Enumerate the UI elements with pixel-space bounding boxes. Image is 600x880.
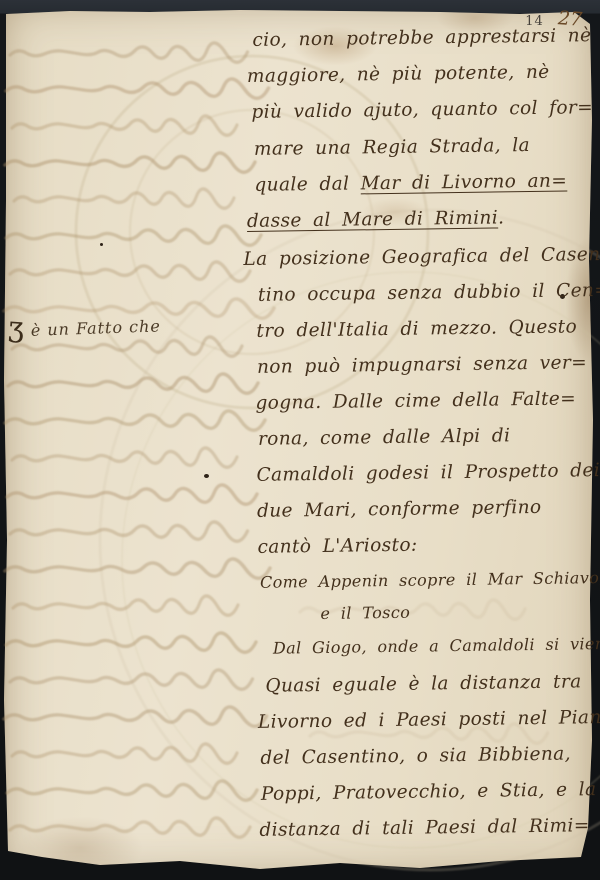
- manuscript-line: più valido ajuto, quanto col for=: [251, 97, 593, 123]
- manuscript-line: non può impugnarsi senza ver=: [257, 352, 587, 378]
- ink-speck: [100, 243, 103, 246]
- manuscript-line: tino occupa senza dubbio il Cen=: [258, 280, 600, 306]
- manuscript-line-verse: e il Tosco: [320, 603, 410, 623]
- line-segment: quale dal: [254, 173, 360, 195]
- manuscript-line: La posizione Geografica del Casen=: [243, 244, 600, 270]
- manuscript-line: quale dal Mar di Livorno an=: [254, 170, 567, 195]
- line-segment: .: [498, 207, 505, 228]
- scanned-manuscript-screenshot: { "page_numbers": { "stamped": "14", "ha…: [0, 0, 600, 880]
- insertion-marker: Ʒ: [7, 316, 26, 350]
- manuscript-line: dasse al Mare di Rimini.: [247, 207, 505, 232]
- manuscript-line-verse: Come Appenin scopre il Mar Schiavo,: [260, 568, 600, 592]
- folio-numbers: 1427: [525, 8, 582, 30]
- underlined-segment: Mar di Livorno an=: [360, 170, 567, 194]
- manuscript-line: maggiore, nè più potente, nè: [247, 62, 550, 87]
- margin-note: Ʒè un Fatto che: [7, 311, 161, 349]
- handwritten-page-number: 27: [557, 7, 583, 31]
- manuscript-line: distanza di tali Paesi dal Rimi=: [259, 815, 590, 841]
- manuscript-line: Poppi, Pratovecchio, e Stia, e la: [261, 779, 597, 805]
- stamped-page-number: 14: [525, 14, 544, 29]
- manuscript-line: del Casentino, o sia Bibbiena,: [260, 743, 571, 768]
- manuscript-line: tro dell'Italia di mezzo. Questo: [256, 316, 577, 341]
- manuscript-line: Quasi eguale è la distanza tra: [265, 671, 581, 696]
- manuscript-line: cantò L'Ariosto:: [257, 535, 417, 558]
- underlined-segment: dasse al Mare di Rimini: [247, 207, 498, 232]
- manuscript-line: Livorno ed i Paesi posti nel Piano: [258, 707, 600, 733]
- manuscript-line: due Mari, conforme perfino: [257, 497, 542, 522]
- manuscript-line: gogna. Dalle cime della Falte=: [255, 388, 576, 413]
- margin-note-text: è un Fatto che: [30, 316, 161, 340]
- manuscript-text-block: cio, non potrebbe apprestarsi nè maggior…: [240, 0, 596, 880]
- manuscript-line: rona, come dalle Alpi di: [258, 425, 511, 450]
- manuscript-line: Camaldoli godesi il Prospetto dei: [256, 460, 600, 486]
- manuscript-line-verse: Dal Giogo, onde a Camaldoli si viene.: [273, 634, 600, 658]
- ink-speck: [204, 474, 209, 478]
- manuscript-line: mare una Regia Strada, la: [254, 135, 530, 160]
